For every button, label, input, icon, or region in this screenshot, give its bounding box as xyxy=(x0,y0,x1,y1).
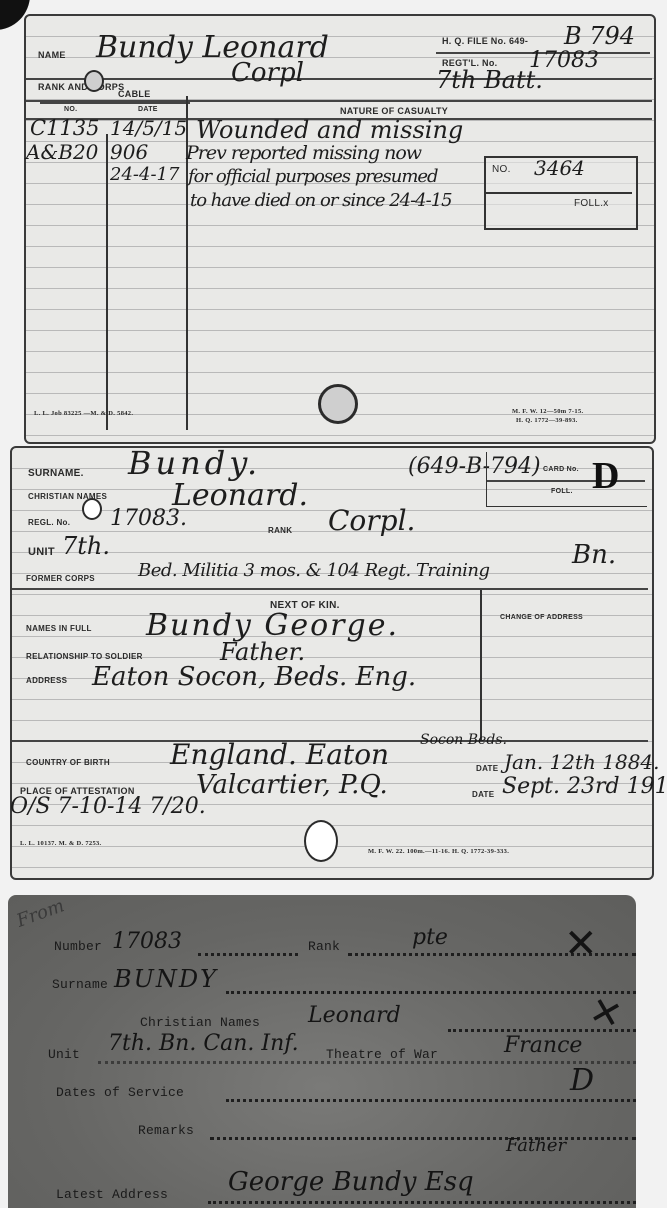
cable-date: 14/5/15 xyxy=(110,116,187,140)
unit-label: UNIT xyxy=(28,546,55,558)
number-value: 17083 xyxy=(112,929,182,954)
dotted-leader xyxy=(198,953,298,956)
theatre-of-war-value: France xyxy=(504,1033,582,1058)
punch-hole xyxy=(304,820,338,862)
country-of-birth-value: England. Eaton xyxy=(170,738,389,771)
cross-mark: ✕ xyxy=(564,921,598,967)
attestation-date-value: Sept. 23rd 1914. xyxy=(502,774,667,799)
birth-date-label: DATE xyxy=(476,764,498,773)
latest-address-label: Latest Address xyxy=(56,1187,168,1202)
christian-names-label: Christian Names xyxy=(140,1015,260,1030)
address-value: Eaton Socon, Beds. Eng. xyxy=(92,662,416,692)
corner-note: From xyxy=(14,895,67,931)
names-in-full-label: NAMES IN FULL xyxy=(26,624,92,633)
rank-value: pte xyxy=(412,925,448,950)
former-corps-label: FORMER CORPS xyxy=(26,574,95,583)
hq-file-value: B 794 xyxy=(564,22,635,50)
rank-value: Corpl xyxy=(231,58,304,88)
dotted-leader xyxy=(208,1201,636,1204)
dates-of-service-label: Dates of Service xyxy=(56,1085,184,1100)
surname-value: BUNDY xyxy=(114,965,218,993)
country-of-birth-label: COUNTRY OF BIRTH xyxy=(26,758,110,767)
divider xyxy=(487,480,645,482)
cable-date-header: DATE xyxy=(138,106,158,113)
record-card: SURNAME. Bundy. (649-B-794) CARD No. FOL… xyxy=(10,446,654,880)
dotted-leader xyxy=(210,1137,636,1140)
rank-value: Corpl. xyxy=(328,504,415,537)
column-divider xyxy=(480,590,482,740)
footer-left: L. L. 10137. M. & D. 7253. xyxy=(20,840,101,847)
birth-place-extra: Socon Beds. xyxy=(420,732,507,748)
name-label: NAME xyxy=(38,50,66,60)
cable-no-header: NO. xyxy=(64,106,77,113)
divider xyxy=(40,102,190,104)
cable-date: 906 xyxy=(110,140,148,164)
unit-suffix-value: Bn. xyxy=(572,540,616,570)
place-of-attestation-value: Valcartier, P.Q. xyxy=(196,770,388,800)
divider xyxy=(26,78,652,80)
unit-label: Unit xyxy=(48,1047,80,1062)
card-no-box: CARD No. FOLL. xyxy=(486,452,647,507)
change-of-address-label: CHANGE OF ADDRESS xyxy=(500,614,583,621)
unit-value: 7th. xyxy=(62,532,110,560)
dotted-leader xyxy=(98,1061,636,1064)
rank-corps-label: RANK AND CORPS xyxy=(38,82,124,92)
remarks-value: Father xyxy=(506,1135,566,1156)
cable-no: C1135 xyxy=(30,116,100,140)
birth-date-value: Jan. 12th 1884. xyxy=(504,750,660,774)
unit-value: 7th. Bn. Can. Inf. xyxy=(108,1031,299,1056)
surname-label: SURNAME. xyxy=(28,468,84,479)
dotted-leader xyxy=(226,991,636,994)
punch-hole xyxy=(318,384,358,424)
surname-label: Surname xyxy=(52,977,108,992)
regl-no-value: 17083. xyxy=(110,506,187,531)
service-card: From Number 17083 Rank pte ✕ Surname BUN… xyxy=(8,895,636,1208)
rank-label: Rank xyxy=(308,939,340,954)
attestation-date-label: DATE xyxy=(472,790,494,799)
former-corps-value: Bed. Militia 3 mos. & 104 Regt. Training xyxy=(138,560,490,581)
margin-note: O/S 7-10-14 7/20. xyxy=(10,794,206,819)
cable-no: A&B20 xyxy=(26,140,98,164)
number-label: Number xyxy=(54,939,102,954)
casualty-card: NAME Bundy Leonard H. Q. FILE No. 649- B… xyxy=(24,14,656,444)
surname-value: Bundy. xyxy=(128,444,261,482)
stamp-no-label: NO. xyxy=(492,164,511,175)
remarks-label: Remarks xyxy=(138,1123,194,1138)
nature-text: Prev reported missing now xyxy=(186,142,421,164)
nature-header: NATURE OF CASUALTY xyxy=(340,106,448,116)
cable-date: 24-4-17 xyxy=(110,164,179,185)
latest-address-value: George Bundy Esq xyxy=(228,1167,474,1197)
footer-right: M. F. W. 22. 100m.—11-16. H. Q. 1772-39-… xyxy=(368,848,509,855)
relationship-label: RELATIONSHIP TO SOLDIER xyxy=(26,652,143,661)
footer-left: L. L. Job 83225 —M. & D. 5842. xyxy=(34,410,133,417)
christian-names-value: Leonard xyxy=(308,1003,401,1028)
footer-right-1: M. F. W. 12—50m 7-15. xyxy=(512,408,583,415)
dates-of-service-mark: D xyxy=(570,1063,594,1098)
dotted-leader xyxy=(226,1099,636,1102)
stamp-no-value: 3464 xyxy=(534,156,585,180)
regl-no-label: REGL. No. xyxy=(28,518,70,527)
foll-label: FOLL. xyxy=(551,488,573,495)
nature-text: for official purposes presumed xyxy=(188,166,438,187)
theatre-of-war-label: Theatre of War xyxy=(326,1047,438,1062)
divider xyxy=(486,192,632,194)
punch-hole xyxy=(82,498,102,520)
nature-text: to have died on or since 24-4-15 xyxy=(190,190,452,211)
stamp-foll-label: FOLL.x xyxy=(574,198,609,209)
christian-names-value: Leonard. xyxy=(172,478,308,513)
hq-file-label: H. Q. FILE No. 649- xyxy=(442,36,528,46)
divider xyxy=(12,588,648,590)
column-divider xyxy=(106,134,108,430)
cable-label: CABLE xyxy=(118,89,151,99)
footer-right-2: H. Q. 1772—39-893. xyxy=(516,417,578,424)
corps-value: 7th Batt. xyxy=(436,66,543,94)
punch-hole xyxy=(84,70,104,92)
card-no-label: CARD No. xyxy=(543,466,579,473)
nature-text: Wounded and missing xyxy=(196,116,463,144)
address-label: ADDRESS xyxy=(26,676,67,685)
rank-label: RANK xyxy=(268,526,292,535)
stamp-box: NO. 3464 FOLL.x xyxy=(484,156,638,230)
card-no-value: D xyxy=(592,454,619,498)
